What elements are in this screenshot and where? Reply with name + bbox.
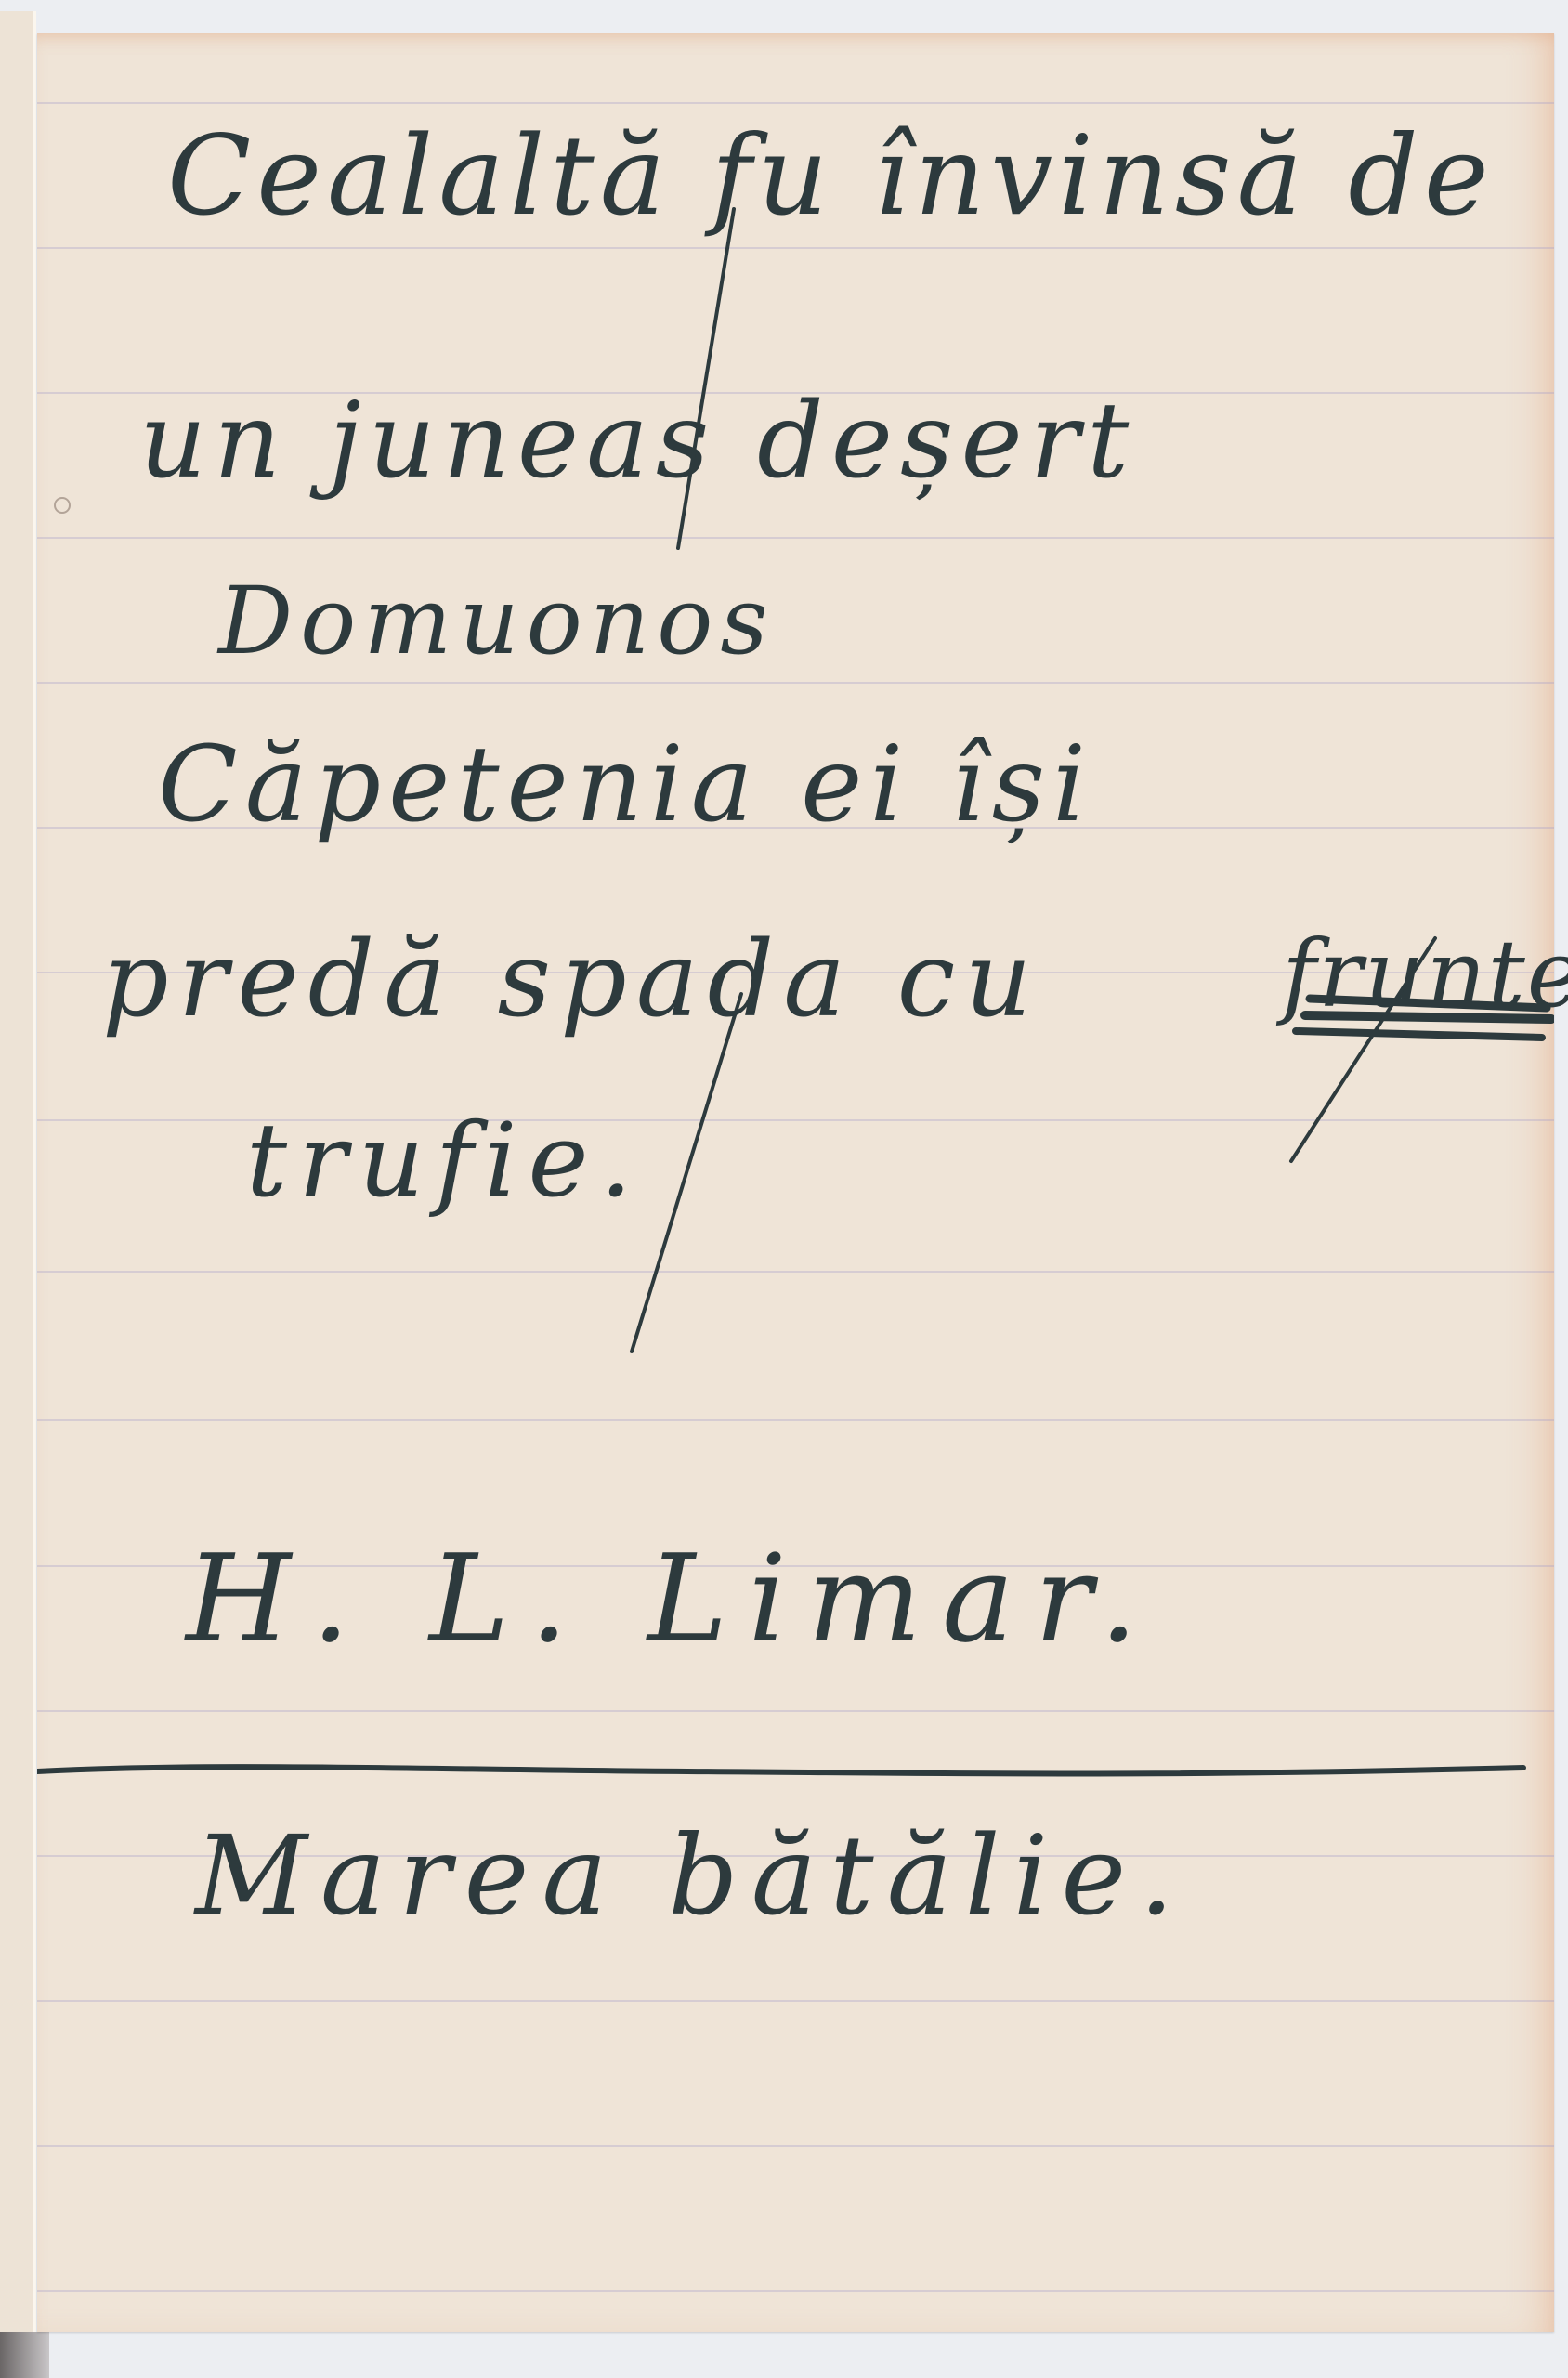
adjacent-page-edge [0, 11, 36, 2333]
notebook-page: Cealaltă fu învinsă de un juneas deșert … [37, 33, 1554, 2332]
ink-strokes [37, 33, 1554, 2332]
strike-through-scribble [1296, 999, 1551, 1038]
horizontal-separator [37, 1767, 1523, 1773]
binding-shadow [0, 2332, 49, 2378]
